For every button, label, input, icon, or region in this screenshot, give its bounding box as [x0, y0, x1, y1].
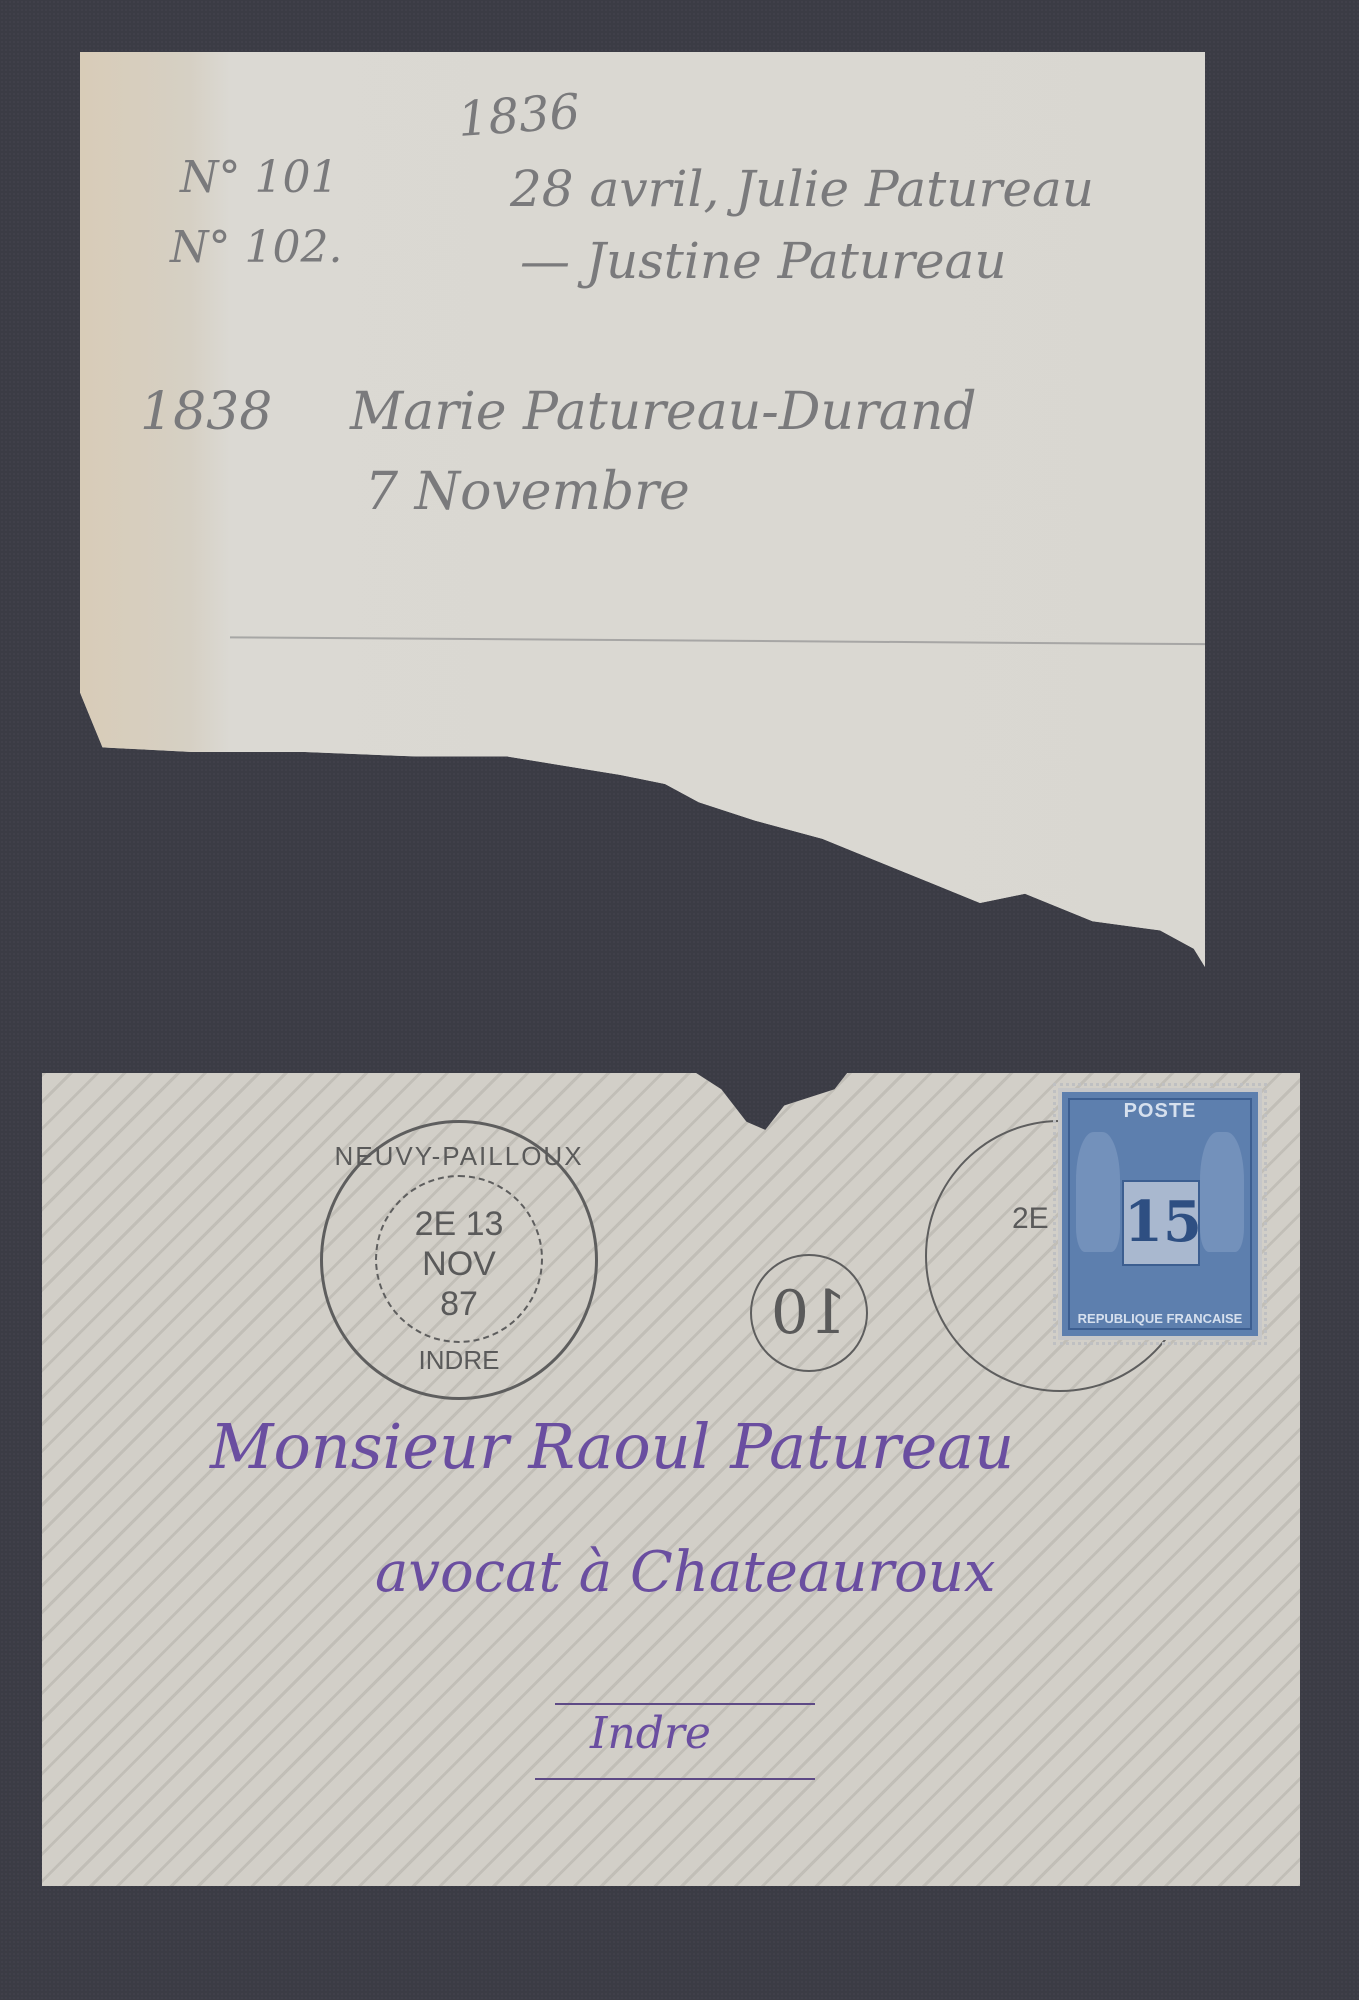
- note-entry-number-102: N° 102.: [170, 222, 342, 273]
- postmark-town: NEUVY-PAILLOUX: [323, 1141, 595, 1172]
- note-year-1838: 1838: [140, 382, 272, 442]
- note-pencil-rule: [230, 636, 1280, 645]
- pencil-note-paper: 1836 N° 101 28 avril, Julie Patureau N° …: [80, 52, 1205, 967]
- postmark-left: NEUVY-PAILLOUX 2E 13 NOV 87 INDRE: [320, 1120, 598, 1400]
- tax-mark-circle: 10: [750, 1254, 868, 1372]
- postmark-department: INDRE: [323, 1345, 595, 1376]
- stamp-footer: REPUBLIQUE FRANCAISE: [1062, 1311, 1258, 1326]
- note-entry-number-101: N° 101: [180, 152, 338, 203]
- tax-mark-value: 10: [752, 1278, 866, 1348]
- address-bottom-rule: [535, 1778, 815, 1780]
- note-line-date: 7 Novembre: [365, 462, 690, 522]
- stamp-header: POSTE: [1062, 1100, 1258, 1123]
- postage-stamp: POSTE 15 REPUBLIQUE FRANCAISE: [1058, 1088, 1262, 1340]
- postmark-time-day: 2E 13: [323, 1205, 595, 1244]
- postmark-month: NOV: [323, 1245, 595, 1284]
- address-line-1: Monsieur Raoul Patureau: [210, 1410, 1014, 1483]
- stamp-value: 15: [1122, 1180, 1200, 1266]
- note-entry-text-101: 28 avril, Julie Patureau: [510, 160, 1094, 218]
- postmark-day: 13: [466, 1205, 504, 1243]
- note-line-marie: Marie Patureau-Durand: [350, 382, 977, 442]
- postmark-year: 87: [323, 1285, 595, 1324]
- note-entry-text-102: — Justine Patureau: [520, 232, 1007, 290]
- address-line-2: avocat à Chateauroux: [375, 1540, 996, 1605]
- postmark-time: 2E: [415, 1205, 457, 1243]
- stamp-figure-peace: [1076, 1132, 1120, 1252]
- postmark-right-time: 2E: [1012, 1202, 1049, 1236]
- note-year-1836: 1836: [456, 84, 582, 148]
- address-line-3: Indre: [590, 1708, 711, 1759]
- address-top-rule: [555, 1703, 815, 1705]
- stamp-figure-commerce: [1200, 1132, 1244, 1252]
